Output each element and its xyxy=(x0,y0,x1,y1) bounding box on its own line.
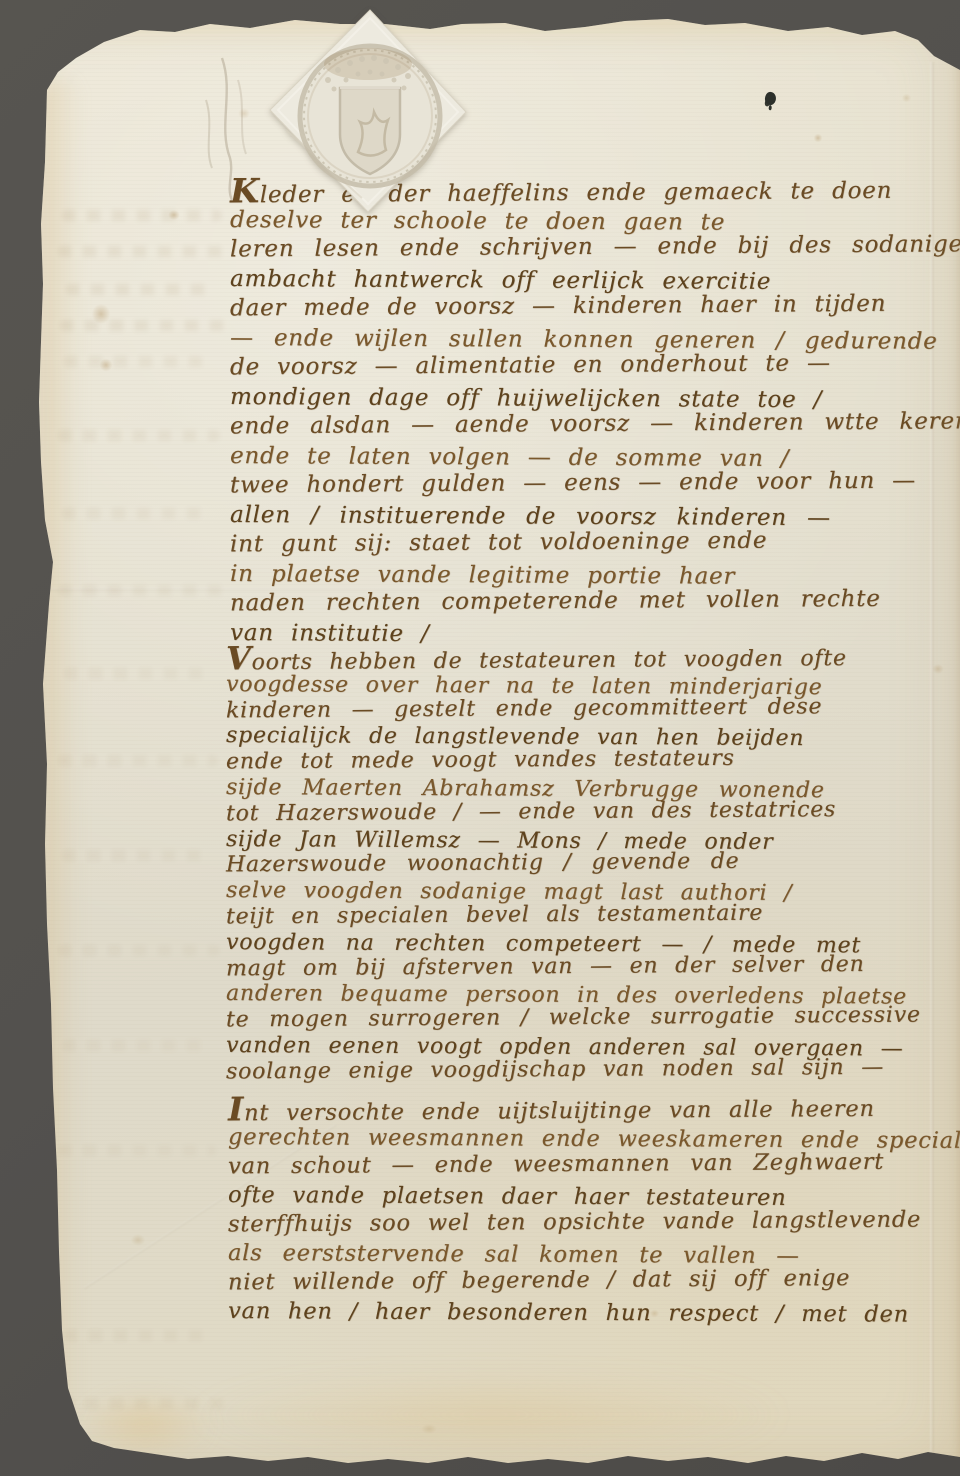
manuscript-line: sijde Maerten Abrahamsz Verbrugge wonend… xyxy=(226,775,930,804)
manuscript-line: selve voogden sodanige magt last authori… xyxy=(226,878,930,907)
manuscript-line: twee hondert gulden — eens — ende voor h… xyxy=(230,467,930,501)
bleed-through-text xyxy=(62,850,212,861)
seal-toning xyxy=(324,48,412,80)
foxing-stain xyxy=(930,662,946,676)
manuscript-line: Hazerswoude woonachtig / gevende de xyxy=(226,848,930,879)
manuscript-line: Voorts hebben de testateuren tot voogden… xyxy=(226,641,930,672)
manuscript-line: daer mede de voorsz — kinderen haer in t… xyxy=(230,290,930,324)
foxing-stain xyxy=(236,106,252,121)
manuscript-paragraph: Int versochte ende uijtsluijtinge van al… xyxy=(228,1094,930,1326)
manuscript-line: Int versochte ende uijtsluijtinge van al… xyxy=(228,1089,930,1123)
handwritten-text-layer: Kleder en der haeffelins ende gemaeck te… xyxy=(0,0,960,1476)
manuscript-line: van hen / haer besonderen hun respect / … xyxy=(228,1297,930,1330)
foxing-stain xyxy=(418,1422,440,1436)
bleed-through-text xyxy=(62,210,222,221)
manuscript-line: ende tot mede voogt vandes testateurs xyxy=(226,745,930,776)
bleed-through-text xyxy=(60,1398,228,1409)
manuscript-line: kinderen — gestelt ende gecommitteert de… xyxy=(226,693,930,724)
manuscript-line: soolange enige voogdijschap van noden sa… xyxy=(226,1054,930,1085)
faint-pencil-marks xyxy=(110,40,270,210)
manuscript-line: de voorsz — alimentatie en onderhout te … xyxy=(230,349,930,383)
manuscript-line: anderen bequame persoon in des overleden… xyxy=(226,981,930,1010)
bleed-through-text xyxy=(66,284,216,295)
foxing-stain xyxy=(878,1312,895,1326)
bleed-through-text xyxy=(62,508,212,519)
bleed-through-text xyxy=(58,246,228,257)
manuscript-line: tot Hazerswoude / — ende van des testatr… xyxy=(226,796,930,827)
manuscript-line: magt om bij afsterven van — en der selve… xyxy=(226,951,930,982)
ink-speck xyxy=(764,91,778,106)
vertical-fold-crease xyxy=(930,62,934,1454)
manuscript-paragraph: Kleder en der haeffelins ende gemaeck te… xyxy=(230,176,930,648)
manuscript-line: van institutie / xyxy=(230,619,930,652)
manuscript-line: specialijck de langstlevende van hen bei… xyxy=(226,723,930,752)
bleed-through-text xyxy=(58,755,218,766)
manuscript-line: — ende wijlen sullen konnen generen / ge… xyxy=(230,324,930,357)
manuscript-page: Kleder en der haeffelins ende gemaeck te… xyxy=(0,0,960,1476)
manuscript-line: ambacht hantwerck off eerlijck exercitie xyxy=(230,265,930,298)
horizontal-fold-crease xyxy=(42,588,472,591)
manuscript-line: vanden eenen voogt opden anderen sal ove… xyxy=(226,1033,930,1062)
manuscript-line: leren lesen ende schrijven — ende bij de… xyxy=(230,231,930,265)
manuscript-paragraph: Voorts hebben de testateuren tot voogden… xyxy=(226,646,930,1085)
manuscript-line: teijt en specialen bevel als testamentai… xyxy=(226,899,930,930)
manuscript-line: ofte vande plaetsen daer haer testateure… xyxy=(228,1181,930,1214)
manuscript-line: naden rechten competerende met vollen re… xyxy=(230,585,930,619)
manuscript-line: van schout — ende weesmannen van Zeghwae… xyxy=(228,1147,930,1181)
manuscript-line: allen / instituerende de voorsz kinderen… xyxy=(230,501,930,534)
foxing-stain xyxy=(648,1308,661,1319)
bleed-through-text xyxy=(58,1145,216,1156)
manuscript-line: voogdesse over haer na te laten minderja… xyxy=(226,672,930,701)
bleed-through-text xyxy=(58,430,220,441)
foxing-stain xyxy=(812,132,824,144)
scanned-manuscript-photo: Kleder en der haeffelins ende gemaeck te… xyxy=(0,0,960,1476)
paper-edge-toning xyxy=(90,1360,890,1470)
foxing-stain xyxy=(166,208,182,222)
manuscript-line: ende te laten volgen — de somme van / xyxy=(230,442,930,475)
bleed-through-text xyxy=(58,585,224,596)
bleed-through-text xyxy=(60,320,228,331)
embossed-wafer-seal xyxy=(262,2,474,218)
manuscript-line: in plaetse vande legitime portie haer xyxy=(230,560,930,593)
manuscript-line: int gunt sij: staet tot voldoeninge ende xyxy=(230,526,930,560)
foxing-stain xyxy=(97,356,115,374)
diagonal-crease xyxy=(83,1124,336,1290)
manuscript-line: mondigen dage off huijwelijcken state to… xyxy=(230,383,930,416)
foxing-stain xyxy=(900,92,913,104)
manuscript-line: sijde Jan Willemsz — Mons / mede onder xyxy=(226,827,930,856)
manuscript-line: ende alsdan — aende voorsz — kinderen wt… xyxy=(230,408,930,442)
bleed-through-text xyxy=(62,1040,210,1051)
foxing-stain xyxy=(128,1232,148,1248)
manuscript-line: te mogen surrogeren / welcke surrogatie … xyxy=(226,1003,930,1034)
manuscript-line: sterffhuijs soo wel ten opsichte vande l… xyxy=(228,1205,930,1239)
manuscript-line: als eerststervende sal komen te vallen — xyxy=(228,1239,930,1272)
manuscript-line: voogden na rechten competeert — / mede m… xyxy=(226,930,930,959)
bleed-through-text xyxy=(58,945,220,956)
bleed-through-text xyxy=(64,1330,214,1341)
bleed-through-text xyxy=(64,668,212,679)
foxing-stain xyxy=(88,300,114,328)
manuscript-line: gerechten weesmannen ende weeskameren en… xyxy=(228,1123,930,1156)
manuscript-line: niet willende off begerende / dat sij of… xyxy=(228,1263,930,1297)
bleed-through-text xyxy=(64,356,204,367)
